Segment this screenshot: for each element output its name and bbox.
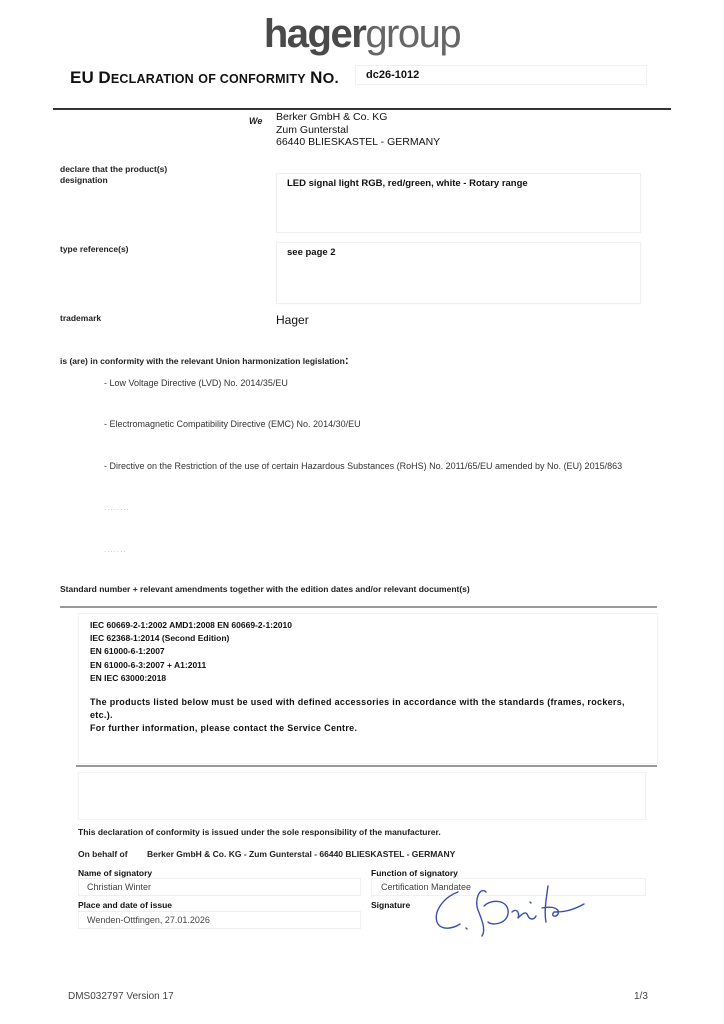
on-behalf-value: Berker GmbH & Co. KG - Zum Gunterstal - … (147, 849, 455, 859)
document-title: EU DECLARATION OF CONFORMITY NO. (70, 68, 339, 88)
additional-info-field[interactable] (78, 772, 646, 820)
standards-note: The products listed below must be used w… (90, 696, 650, 735)
directive-lvd: - Low Voltage Directive (LVD) No. 2014/3… (104, 378, 288, 388)
directive-placeholder: ........ (104, 503, 130, 512)
standard-item: IEC 62368-1:2014 (Second Edition) (90, 632, 292, 645)
address-line: Zum Gunterstal (276, 124, 440, 137)
standards-heading: Standard number + relevant amendments to… (60, 584, 470, 594)
directive-rohs: - Directive on the Restriction of the us… (104, 461, 622, 471)
title-d: D (98, 68, 110, 87)
address-line: Berker GmbH & Co. KG (276, 111, 440, 124)
title-declaration: ECLARATION (111, 72, 194, 86)
logo-group: group (365, 12, 460, 56)
logo-hager: hager (264, 12, 365, 56)
place-date-value: Wenden-Ottfingen, 27.01.2026 (87, 915, 210, 925)
name-of-signatory-value: Christian Winter (87, 882, 151, 892)
function-of-signatory-label: Function of signatory (371, 868, 458, 878)
title-no: O. (323, 70, 339, 87)
hagergroup-logo: hagergroup (0, 12, 724, 56)
address-line: 66440 BLIESKASTEL - GERMANY (276, 136, 440, 149)
standard-item: EN 61000-6-3:2007 + A1:2011 (90, 659, 292, 672)
name-of-signatory-label: Name of signatory (78, 868, 152, 878)
declaration-number: dc26-1012 (366, 69, 419, 81)
we-label: We (249, 116, 262, 126)
label-line: designation (60, 175, 167, 186)
standard-item: IEC 60669-2-1:2002 AMD1:2008 EN 60669-2-… (90, 619, 292, 632)
service-centre-note: For further information, please contact … (90, 722, 650, 735)
type-reference-label: type reference(s) (60, 244, 129, 255)
signature-label: Signature (371, 900, 410, 910)
conformity-text: is (are) in conformity with the relevant… (60, 356, 345, 366)
directive-placeholder: ....... (104, 545, 127, 554)
standards-divider-top (60, 606, 657, 608)
document-version: DMS032797 Version 17 (68, 991, 174, 1002)
standards-divider-bottom (76, 765, 657, 767)
title-of-conformity: OF CONFORMITY (198, 72, 305, 86)
standard-item: EN 61000-6-1:2007 (90, 645, 292, 658)
accessories-note: The products listed below must be used w… (90, 696, 650, 722)
title-n: N (310, 68, 322, 87)
responsibility-statement: This declaration of conformity is issued… (78, 827, 441, 837)
standards-list: IEC 60669-2-1:2002 AMD1:2008 EN 60669-2-… (90, 619, 292, 685)
manufacturer-address: Berker GmbH & Co. KG Zum Gunterstal 6644… (276, 111, 440, 149)
place-date-label: Place and date of issue (78, 900, 172, 910)
on-behalf-label: On behalf of (78, 849, 128, 859)
directive-emc: - Electromagnetic Compatibility Directiv… (104, 419, 361, 429)
product-designation-label: declare that the product(s) designation (60, 164, 167, 186)
standard-item: EN IEC 63000:2018 (90, 672, 292, 685)
handwritten-signature (430, 878, 600, 938)
label-line: declare that the product(s) (60, 164, 167, 175)
conformity-colon: : (345, 353, 349, 367)
page-number: 1/3 (634, 991, 648, 1002)
trademark-label: trademark (60, 313, 101, 324)
trademark-value: Hager (276, 313, 309, 327)
header-divider (53, 108, 671, 110)
type-reference-value: see page 2 (287, 247, 336, 258)
title-eu: EU (70, 68, 94, 87)
designation-value: LED signal light RGB, red/green, white -… (287, 178, 528, 189)
conformity-statement: is (are) in conformity with the relevant… (60, 353, 349, 367)
